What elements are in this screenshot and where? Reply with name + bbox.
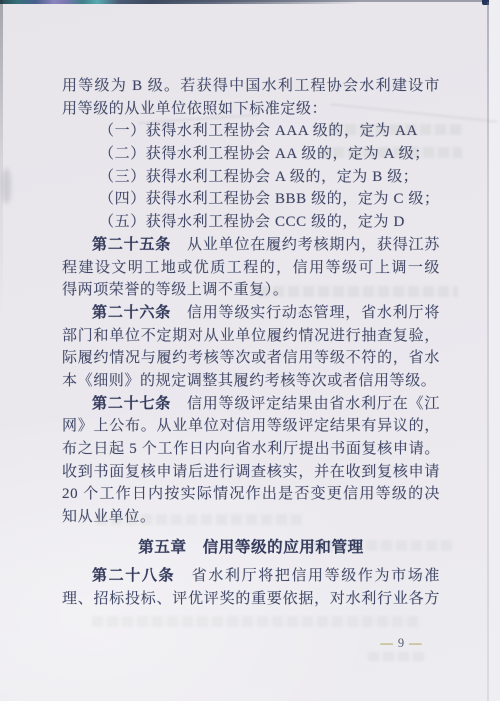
- text-line: 用等级的从业单位依照如下标准定级：: [62, 98, 440, 121]
- text-line: 布之日起 5 个工作日内向省水利厅提出书面复核申请。省水利厅: [62, 438, 440, 461]
- text-line: 收到书面复核申请后进行调查核实，并在收到复核申请之日起: [62, 461, 440, 484]
- text-line: （二）获得水利工程协会 AA 级的，定为 A 级；: [62, 143, 440, 166]
- article-number: 第二十八条: [92, 568, 175, 584]
- text-line: 第二十六条 信用等级实行动态管理，省水利厅将会同有关: [62, 302, 440, 325]
- text-line: 本《细则》的规定调整其履约考核等次或者信用等级。: [62, 370, 440, 393]
- page-left-edge-shadow: [0, 0, 3, 315]
- article-number: 第二十七条: [92, 396, 171, 412]
- page-number-dash-left: —: [380, 636, 393, 650]
- text-line: 用等级为 B 级。若获得中国水利工程协会水利建设市场主体信: [62, 75, 440, 98]
- text-line: 际履约情况与履约考核等次或者信用等级不符的，省水利厅依据: [62, 347, 440, 370]
- text-line: 部门和单位不定期对从业单位履约情况进行抽查复验，经查验实: [62, 325, 440, 348]
- scanned-document-page: 用等级为 B 级。若获得中国水利工程协会水利建设市场主体信用等级的从业单位依照如…: [0, 0, 500, 701]
- bleed-through-artifact: [92, 616, 422, 627]
- ink-smudge: [2, 168, 11, 204]
- text-line: 第二十五条 从业单位在履约考核期内，获得江苏省水利工: [62, 234, 440, 257]
- article-number: 第二十五条: [92, 237, 171, 253]
- text-line: （五）获得水利工程协会 CCC 级的，定为 D 级。: [62, 211, 440, 234]
- article-number: 第二十六条: [92, 305, 171, 321]
- bleed-through-artifact: [368, 652, 426, 661]
- document-body-text: 用等级为 B 级。若获得中国水利工程协会水利建设市场主体信用等级的从业单位依照如…: [62, 75, 440, 611]
- page-number-value: 9: [398, 636, 404, 650]
- scanner-edge-color-artifact: [0, 0, 360, 4]
- text-line: （四）获得水利工程协会 BBB 级的，定为 C 级；: [62, 188, 440, 211]
- text-line: （三）获得水利工程协会 A 级的，定为 B 级；: [62, 166, 440, 189]
- chapter-heading: 第五章 信用等级的应用和管理: [62, 537, 440, 560]
- page-number-dash-right: —: [409, 636, 422, 650]
- text-line: 第二十七条 信用等级评定结果由省水利厅在《江苏水利: [62, 393, 440, 416]
- text-line: 理、招标投标、评优评奖的重要依据，对水利行业各方责任主体: [62, 588, 440, 611]
- text-line: 程建设文明工地或优质工程的，信用等级可上调一级（若同时获: [62, 257, 440, 280]
- page-number: —9—: [374, 634, 428, 652]
- text-line: 网》上公布。从业单位对信用等级评定结果有异议的，可以在公: [62, 415, 440, 438]
- page-right-edge-line: [487, 2, 489, 701]
- text-line: 第二十八条 省水利厅将把信用等级作为市场准入、资质管: [62, 565, 440, 588]
- text-line: （一）获得水利工程协会 AAA 级的，定为 AA 级；: [62, 120, 440, 143]
- text-line: 得两项荣誉的等级上调不重复）。: [62, 279, 440, 302]
- page-right-margin: [489, 0, 500, 701]
- text-line: 20 个工作日内按实际情况作出是否变更信用等级的决定，并通: [62, 483, 440, 506]
- text-line: 知从业单位。: [62, 506, 440, 529]
